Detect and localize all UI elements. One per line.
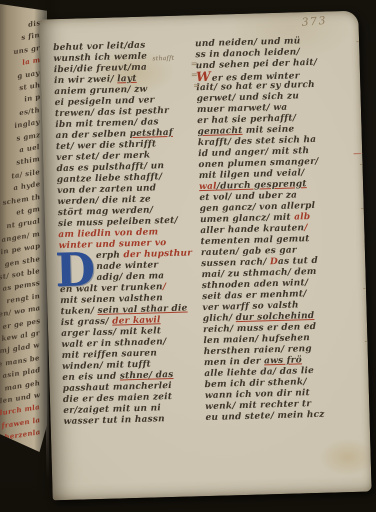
- manuscript-photo: diss finuns grla mg uayst uhin pes/thing…: [0, 0, 376, 512]
- margin-pen-mark: –: [362, 171, 366, 179]
- text-segment: layt: [117, 74, 137, 85]
- text-segment: sein val sthar die: [97, 304, 187, 317]
- text-segment: wal: [199, 182, 217, 192]
- text-segment: ist grass/: [61, 317, 113, 328]
- text-segment: nade winter: [96, 260, 158, 272]
- margin-pen-mark: =: [191, 59, 198, 67]
- manuscript-page: 373 sthafft D behut vor leit/daswunsth i…: [39, 11, 371, 501]
- text-segment: an der selben: [55, 129, 129, 141]
- text-segment: petsthaf: [130, 128, 174, 139]
- text-segment: der hupsthur: [123, 248, 192, 260]
- margin-pen-mark: -: [363, 284, 367, 292]
- folio-number: 373: [301, 14, 327, 29]
- text-segment: eu und stete/ mein hcz: [205, 410, 324, 423]
- text-segment: as tut d: [278, 256, 318, 267]
- text-segment: D: [270, 257, 278, 267]
- text-column-right: und neiden/ und müss in danoch leiden/un…: [195, 35, 366, 424]
- text-segment: alb: [294, 212, 310, 222]
- text-segment: sie muss peleiben stet/: [58, 216, 178, 229]
- text-segment: wasser tut in hassn: [63, 414, 165, 427]
- text-segment: aws frö: [264, 355, 302, 366]
- text-segment: men in der: [204, 356, 264, 368]
- text-segment: sussen rach/: [201, 257, 270, 269]
- text-segment: der kawil: [112, 315, 161, 326]
- text-segment: in wir zwei/: [54, 74, 117, 86]
- text-segment: tuken/: [60, 306, 97, 317]
- margin-pen-mark: =: [193, 81, 200, 89]
- margin-pen-mark: -: [361, 204, 365, 212]
- margin-pen-mark: =: [191, 70, 198, 78]
- text-segment: en eis und: [62, 371, 120, 383]
- text-segment: mit seine: [242, 124, 294, 135]
- margin-pen-mark: ——: [353, 148, 369, 156]
- text-segment: erph: [96, 250, 124, 261]
- text-segment: gemacht: [197, 126, 242, 137]
- text-segment: glich/: [203, 313, 236, 324]
- text-column-left: behut vor leit/daswunsth ich wemleibei/d…: [53, 39, 206, 428]
- margin-pen-mark: -: [364, 238, 368, 246]
- margin-pen-mark: -: [359, 160, 363, 168]
- text-segment: /: [163, 282, 167, 292]
- margin-pen-mark: -: [364, 337, 368, 345]
- margin-pen-mark: –: [366, 324, 370, 332]
- text-segment: sthne/ das: [120, 370, 174, 381]
- text-segment: /: [304, 223, 308, 233]
- margin-pen-mark: –: [356, 37, 360, 45]
- text-segment: adig/ den ma: [96, 271, 164, 283]
- margin-pen-mark: -: [361, 137, 365, 145]
